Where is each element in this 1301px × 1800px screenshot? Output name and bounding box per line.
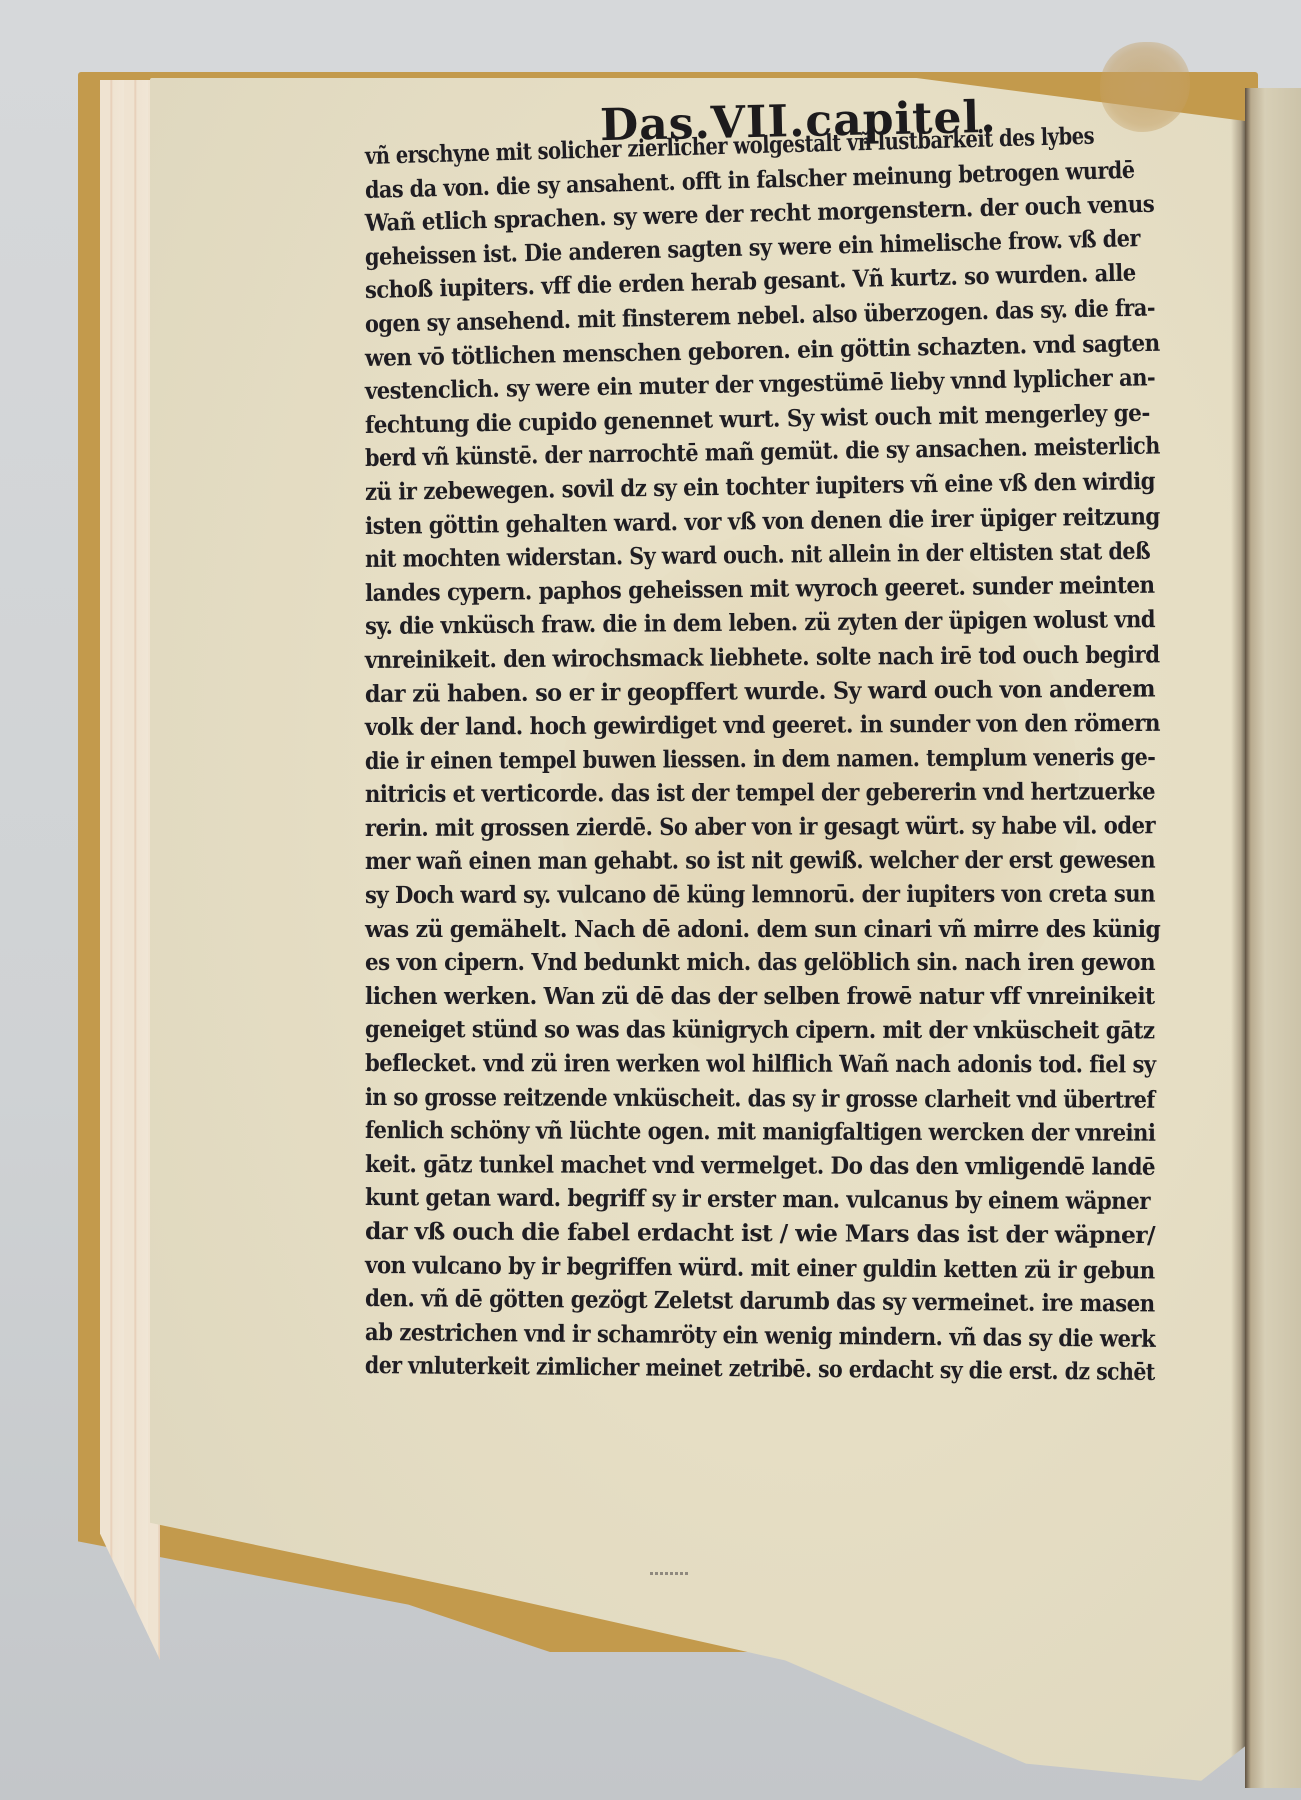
text-line: nitricis et verticorde. das ist der temp… — [365, 776, 1155, 812]
text-line: den. vñ dē götten gezögt Zeletst darumb … — [365, 1282, 1155, 1321]
adjacent-page-edge — [1245, 88, 1301, 1788]
text-line: keit. gātz tunkel machet vnd vermelget. … — [365, 1148, 1155, 1184]
body-text: vñ erschyne mit solicher zierlicher wolg… — [365, 140, 1145, 1383]
text-line: lichen werken. Wan zü dē das der selben … — [365, 980, 1155, 1014]
text-line: volk der land. hoch gewirdiget vnd geere… — [365, 707, 1160, 745]
text-line: dar vß ouch die fabel erdacht ist / wie … — [365, 1215, 1155, 1253]
text-line: rerin. mit grossen zierdē. So aber von i… — [365, 809, 1155, 845]
text-line: geneiget stünd so was das künigrych cipe… — [365, 1013, 1155, 1048]
text-line: sy. die vnküsch fraw. die in dem leben. … — [365, 603, 1156, 643]
text-line: die ir einen tempel buwen liessen. in de… — [365, 741, 1155, 779]
catchmark-smudge — [650, 1572, 690, 1575]
text-line: kunt getan ward. begriff sy ir erster ma… — [365, 1181, 1151, 1219]
text-line: beflecket. vnd zü iren werken wol hilfli… — [365, 1047, 1155, 1082]
text-line: sy Doch ward sy. vulcano dē küng lemnorū… — [365, 878, 1155, 913]
text-line: in so grosse reitzende vnküscheit. das s… — [365, 1081, 1155, 1117]
text-line: dar zü haben. so er ir geopffert wurde. … — [365, 672, 1155, 711]
text-line: es von cipern. Vnd bedunkt mich. das gel… — [365, 946, 1155, 980]
text-line: was zü gemähelt. Nach dē adoni. dem sun … — [365, 913, 1160, 947]
text-line: mer wañ einen man gehabt. so ist nit gew… — [365, 844, 1155, 879]
text-line: vnreinikeit. den wirochsmack liebhete. s… — [365, 638, 1160, 677]
text-line: fenlich schöny vñ lüchte ogen. mit manig… — [365, 1114, 1155, 1150]
